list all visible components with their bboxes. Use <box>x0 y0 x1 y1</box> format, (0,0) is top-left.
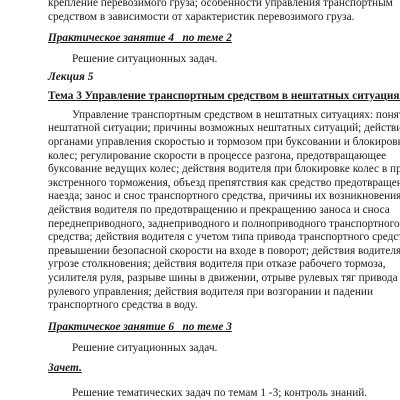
text-line: усилителя руля, разрыве шины в движении,… <box>48 272 372 286</box>
text-line: рулевого управления; действия водителя п… <box>48 286 372 300</box>
text-line: органами управления скоростью и тормозом… <box>48 136 372 150</box>
text-line: наезда; занос и снос транспортного средс… <box>48 190 372 204</box>
text-line: переднеприводного, заднеприводного и пол… <box>48 218 372 232</box>
document-page: крепление перевозимого груза; особенност… <box>48 0 372 400</box>
text-line: средства; действия водителя с учетом тип… <box>48 231 372 245</box>
intro-paragraph: крепление перевозимого груза; особенност… <box>48 0 372 24</box>
text-line: крепление перевозимого груза; особенност… <box>48 0 372 11</box>
practice-4-heading: Практическое занятие 4 по теме 2 <box>48 31 372 45</box>
text-line: колес; регулирование скорости в процессе… <box>48 150 372 164</box>
lecture-5-heading: Лекция 5 <box>48 70 372 84</box>
practice-4-text: Решение ситуационных задач. <box>48 53 372 67</box>
text-line: угрозе столкновения; действия водителя п… <box>48 258 372 272</box>
text-line: Управление транспортным средством в нешт… <box>48 109 372 123</box>
text-line: транспортного средства в воду. <box>48 299 372 313</box>
practice-6-heading: Практическое занятие 6 по теме 3 <box>48 320 372 334</box>
credit-heading: Зачет. <box>48 361 372 375</box>
text-line: превышении безопасной скорости на входе … <box>48 245 372 259</box>
text-line: действия водителя по предотвращению и пр… <box>48 204 372 218</box>
text-line: нештатной ситуации; причины возможных не… <box>48 122 372 136</box>
text-line: экстренного торможения, объезд препятств… <box>48 177 372 191</box>
text-line: буксование ведущих колес; действия водит… <box>48 163 372 177</box>
topic-3-heading: Тема 3 Управление транспортным средством… <box>48 89 372 103</box>
text-line: средством в зависимости от характеристик… <box>48 11 372 25</box>
topic-3-paragraph: Управление транспортным средством в нешт… <box>48 109 372 313</box>
credit-text: Решение тематических задач по темам 1 -3… <box>48 387 372 400</box>
practice-6-text: Решение ситуационных задач. <box>48 342 372 356</box>
